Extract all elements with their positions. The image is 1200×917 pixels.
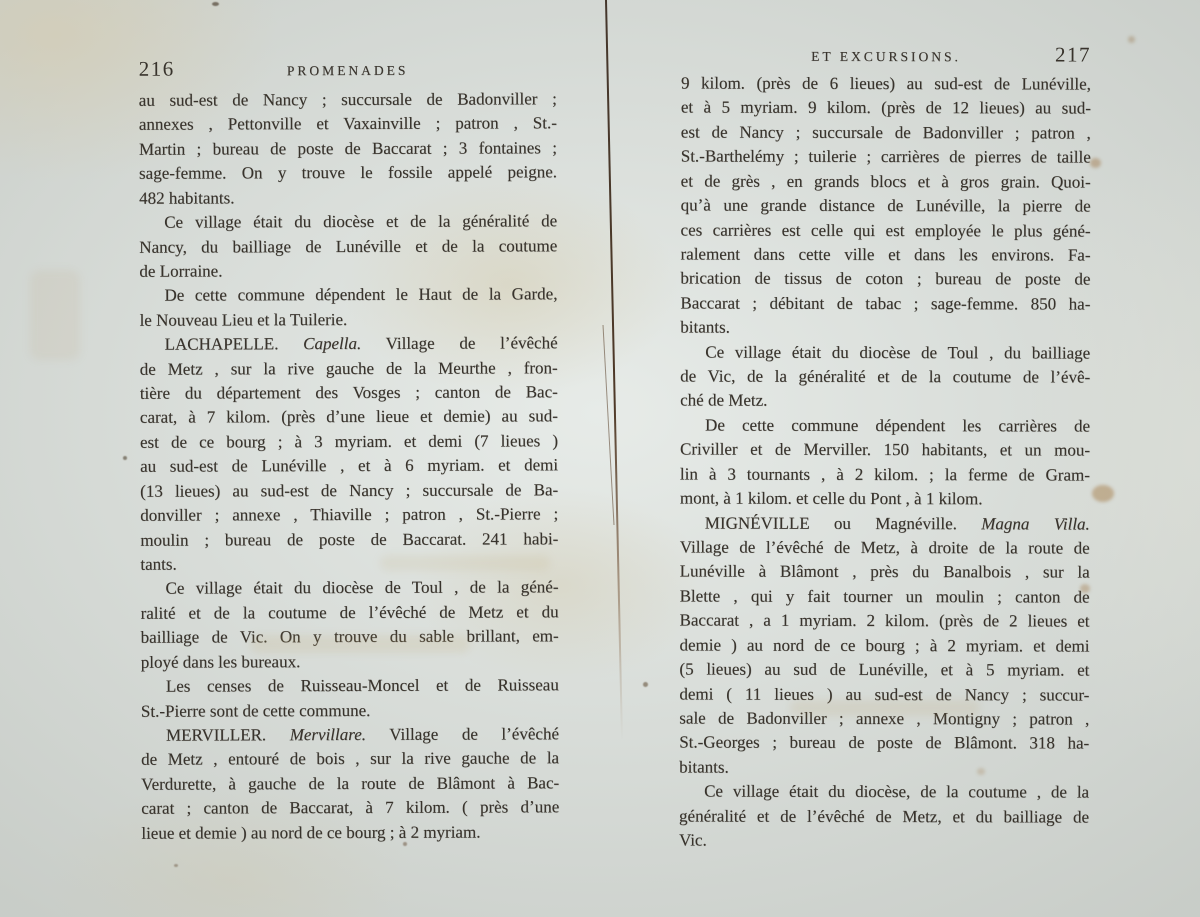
text-line: est de ce bourg ; à 3 myriam. et demi (7… [140, 429, 558, 455]
text-line: carat ; canton de Baccarat, à 7 kilom. (… [141, 796, 559, 822]
text-line: et de grès , en grands blocs et à gros g… [681, 169, 1091, 194]
text-line: bitants. [680, 316, 1090, 341]
text-line: lin à 3 tournants , à 2 kilom. ; la ferm… [680, 462, 1090, 487]
text-line: Baccarat , a 1 myriam. 2 kilom. (près de… [680, 609, 1090, 634]
text-line: de Vic, de la généralité et de la coutum… [680, 365, 1090, 390]
text-line: Baccarat ; débitant de tabac ; sage-femm… [680, 291, 1090, 316]
text-line: ralement dans cette ville et dans les en… [680, 242, 1090, 267]
text-line: De cette commune dépendent le Haut de la… [139, 283, 557, 309]
text-line: LACHAPELLE. Capella. Village de l’évêché [140, 331, 558, 357]
running-title: PROMENADES [287, 63, 409, 79]
text-line: MIGNÉVILLE ou Magnéville. Magna Villa. [680, 511, 1090, 536]
text-line: de Metz , entouré de bois , sur la rive … [141, 747, 559, 773]
text-line: le Nouveau Lieu et la Tuilerie. [140, 307, 558, 333]
foxing-spot [1090, 158, 1101, 168]
text-line: carat, à 7 kilom. (près d’une lieue et d… [140, 405, 558, 431]
text-line: MERVILLER. Mervillare. Village de l’évêc… [141, 722, 559, 748]
stain [250, 635, 470, 653]
text-line: (5 lieues) au sud de Lunéville, et à 5 m… [679, 658, 1089, 683]
foxing-spot [977, 768, 985, 775]
text-line: Lunéville à Blâmont , près du Banalbois … [680, 560, 1090, 585]
text-line: St.-Georges ; bureau de poste de Blâmont… [679, 731, 1089, 756]
text-line: qu’à une grande distance de Lunéville, l… [681, 194, 1091, 219]
stain [30, 270, 80, 360]
text-line: ces carrières est celle qui est employée… [681, 218, 1091, 243]
text-line: Village de l’évêché de Metz, à droite de… [680, 535, 1090, 560]
text-line: généralité et de l’évêché de Metz, et du… [679, 804, 1089, 829]
text-line: ché de Metz. [680, 389, 1090, 414]
ink-speck [174, 864, 178, 867]
text-line: annexes , Pettonville et Vaxainville ; p… [139, 112, 557, 138]
text-line: de Lorraine. [139, 258, 557, 284]
text-line: Ce village était du diocèse et de la gén… [139, 209, 557, 235]
text-line: St.-Barthelémy ; tuilerie ; carrières de… [681, 145, 1091, 170]
page-header: 216 PROMENADES [139, 55, 557, 81]
text-line: Ce village était du diocèse de Toul , de… [140, 576, 558, 602]
page-left: 216 PROMENADES au sud-est de Nancy ; suc… [139, 55, 560, 846]
text-line: (13 lieues) au sud-est de Nancy ; succur… [140, 478, 558, 504]
text-line: et à 5 myriam. 9 kilom. (près de 12 lieu… [681, 96, 1091, 121]
text-line: 9 kilom. (près de 6 lieues) au sud-est d… [681, 71, 1091, 96]
text-line: mont, à 1 kilom. et celle du Pont , à 1 … [680, 487, 1090, 512]
text-line: Martin ; bureau de poste de Baccarat ; 3… [139, 136, 557, 162]
text-line: bitants. [679, 755, 1089, 780]
foxing-spot [1092, 485, 1114, 502]
text-line: Verdurette, à gauche de la route de Blâm… [141, 771, 559, 797]
ink-speck [212, 2, 219, 6]
text-line: demie ) au nord de ce bourg ; à 2 myriam… [679, 633, 1089, 658]
page-header: ET EXCURSIONS. 217 [681, 41, 1091, 67]
text-line: sage-femme. On y trouve le fossile appel… [139, 161, 557, 187]
ink-speck [123, 456, 127, 460]
text-line: De cette commune dépendent les carrières… [680, 413, 1090, 438]
text-line: de Metz , sur la rive gauche de la Meurt… [140, 356, 558, 382]
text-line: au sud-est de Lunéville , et à 6 myriam.… [140, 454, 558, 480]
text-line: Blette , qui y fait tourner un moulin ; … [680, 584, 1090, 609]
text-line: Ce village était du diocèse de Toul , du… [680, 340, 1090, 365]
text-line: au sud-est de Nancy ; succursale de Bado… [139, 87, 557, 113]
ink-speck [403, 842, 407, 846]
ink-speck [643, 682, 648, 687]
page-number: 216 [139, 57, 175, 82]
stain [790, 700, 980, 716]
page-text: 9 kilom. (près de 6 lieues) au sud-est d… [679, 71, 1091, 854]
text-line: Vic. [679, 829, 1089, 854]
page-number: 217 [1055, 42, 1091, 67]
running-title: ET EXCURSIONS. [811, 49, 961, 65]
text-line: brication de tissus de coton ; bureau de… [680, 267, 1090, 292]
foxing-spot [1080, 584, 1090, 593]
foxing-spot [1128, 36, 1135, 43]
page-text: au sud-est de Nancy ; succursale de Bado… [139, 87, 560, 846]
text-line: donviller ; annexe , Thiaville ; patron … [140, 502, 558, 528]
text-line: St.-Pierre sont de cette commune. [141, 698, 559, 724]
text-line: est de Nancy ; succursale de Badonviller… [681, 120, 1091, 145]
text-line: moulin ; bureau de poste de Baccarat. 24… [140, 527, 558, 553]
text-line: 482 habitants. [139, 185, 557, 211]
text-line: tière du département des Vosges ; canton… [140, 380, 558, 406]
text-line: ralité et de la coutume de l’évêché de M… [141, 600, 559, 626]
page-right: ET EXCURSIONS. 217 9 kilom. (près de 6 l… [679, 41, 1091, 854]
text-line: Criviller et de Merviller. 150 habitants… [680, 438, 1090, 463]
text-line: Nancy, du bailliage de Lunéville et de l… [139, 234, 557, 260]
text-line: Ce village était du diocèse, de la coutu… [679, 780, 1089, 805]
text-line: Les censes de Ruisseau-Moncel et de Ruis… [141, 673, 559, 699]
book-photo: 216 PROMENADES au sud-est de Nancy ; suc… [0, 0, 1200, 917]
stain [380, 555, 550, 571]
text-line: lieue et demie ) au nord de ce bourg ; à… [141, 820, 559, 846]
